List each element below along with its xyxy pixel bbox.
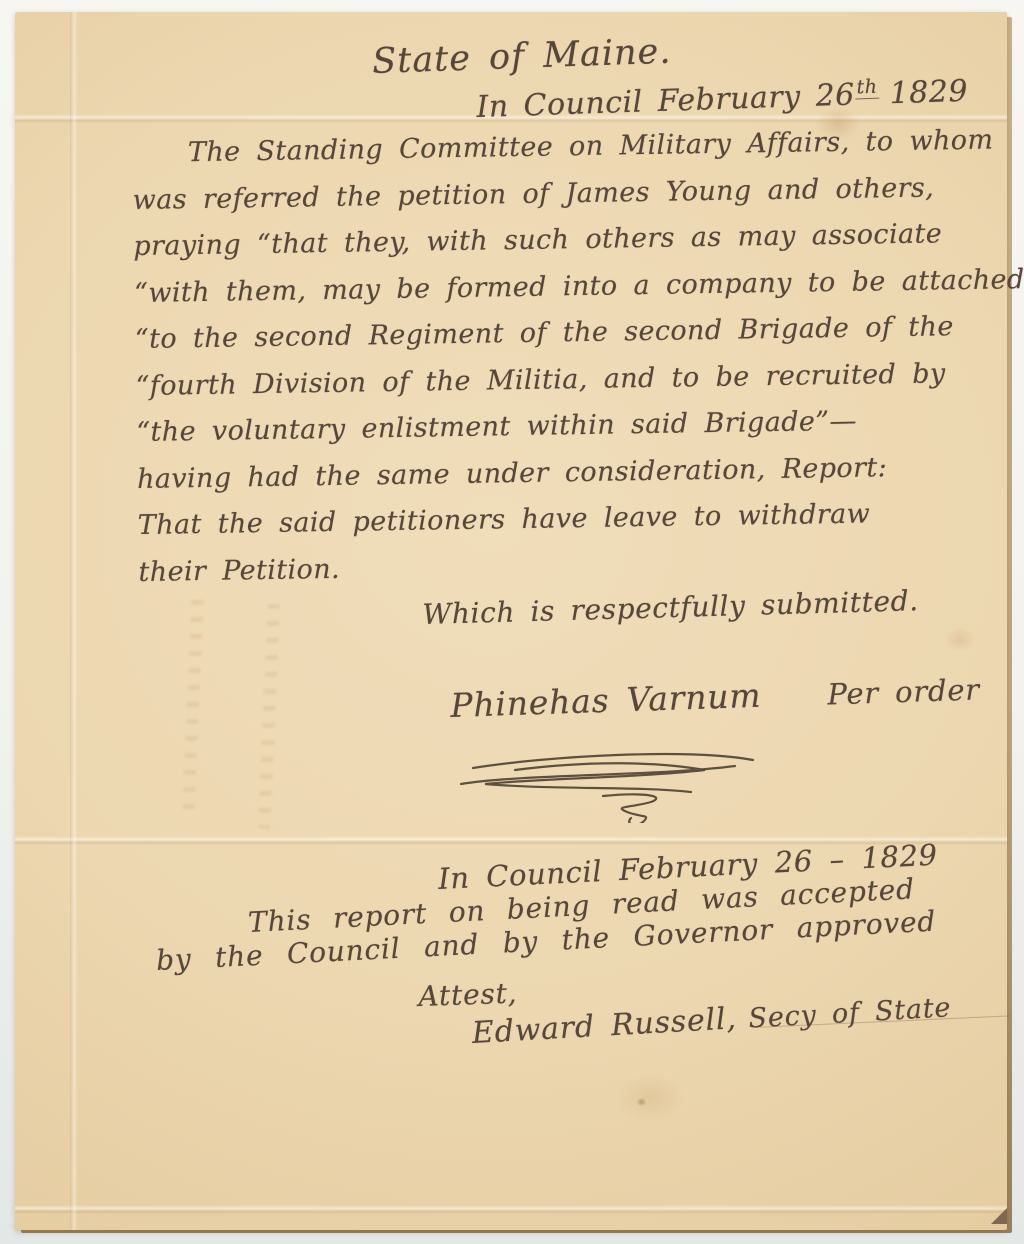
signature-flourish bbox=[453, 728, 783, 823]
secretary-signature: Edward Russell,Secy of State bbox=[471, 989, 952, 1051]
paper-stain bbox=[615, 1072, 685, 1122]
signature-name: Phinehas Varnum bbox=[450, 676, 762, 725]
dateline-ordinal: th bbox=[854, 76, 880, 100]
signature-per-order: Per order bbox=[827, 672, 981, 711]
ink-bleedthrough bbox=[182, 600, 203, 810]
signature-row: Phinehas VarnumPer order bbox=[450, 668, 981, 725]
dateline-year: 1829 bbox=[889, 74, 968, 112]
fold-crease-bottom bbox=[15, 1205, 1007, 1214]
scan-background: State of Maine. In Council February 26th… bbox=[0, 0, 1024, 1244]
fold-crease-left bbox=[70, 12, 78, 1230]
secretary-title: Secy of State bbox=[748, 992, 952, 1034]
paper-stain bbox=[945, 627, 975, 651]
paper-speck bbox=[637, 1098, 646, 1106]
report-body: The Standing Committee on Military Affai… bbox=[132, 124, 1024, 603]
document-page: State of Maine. In Council February 26th… bbox=[15, 12, 1007, 1230]
ink-bleedthrough bbox=[258, 604, 280, 829]
document-title: State of Maine. bbox=[372, 32, 672, 82]
attest-label: Attest, bbox=[418, 977, 518, 1013]
